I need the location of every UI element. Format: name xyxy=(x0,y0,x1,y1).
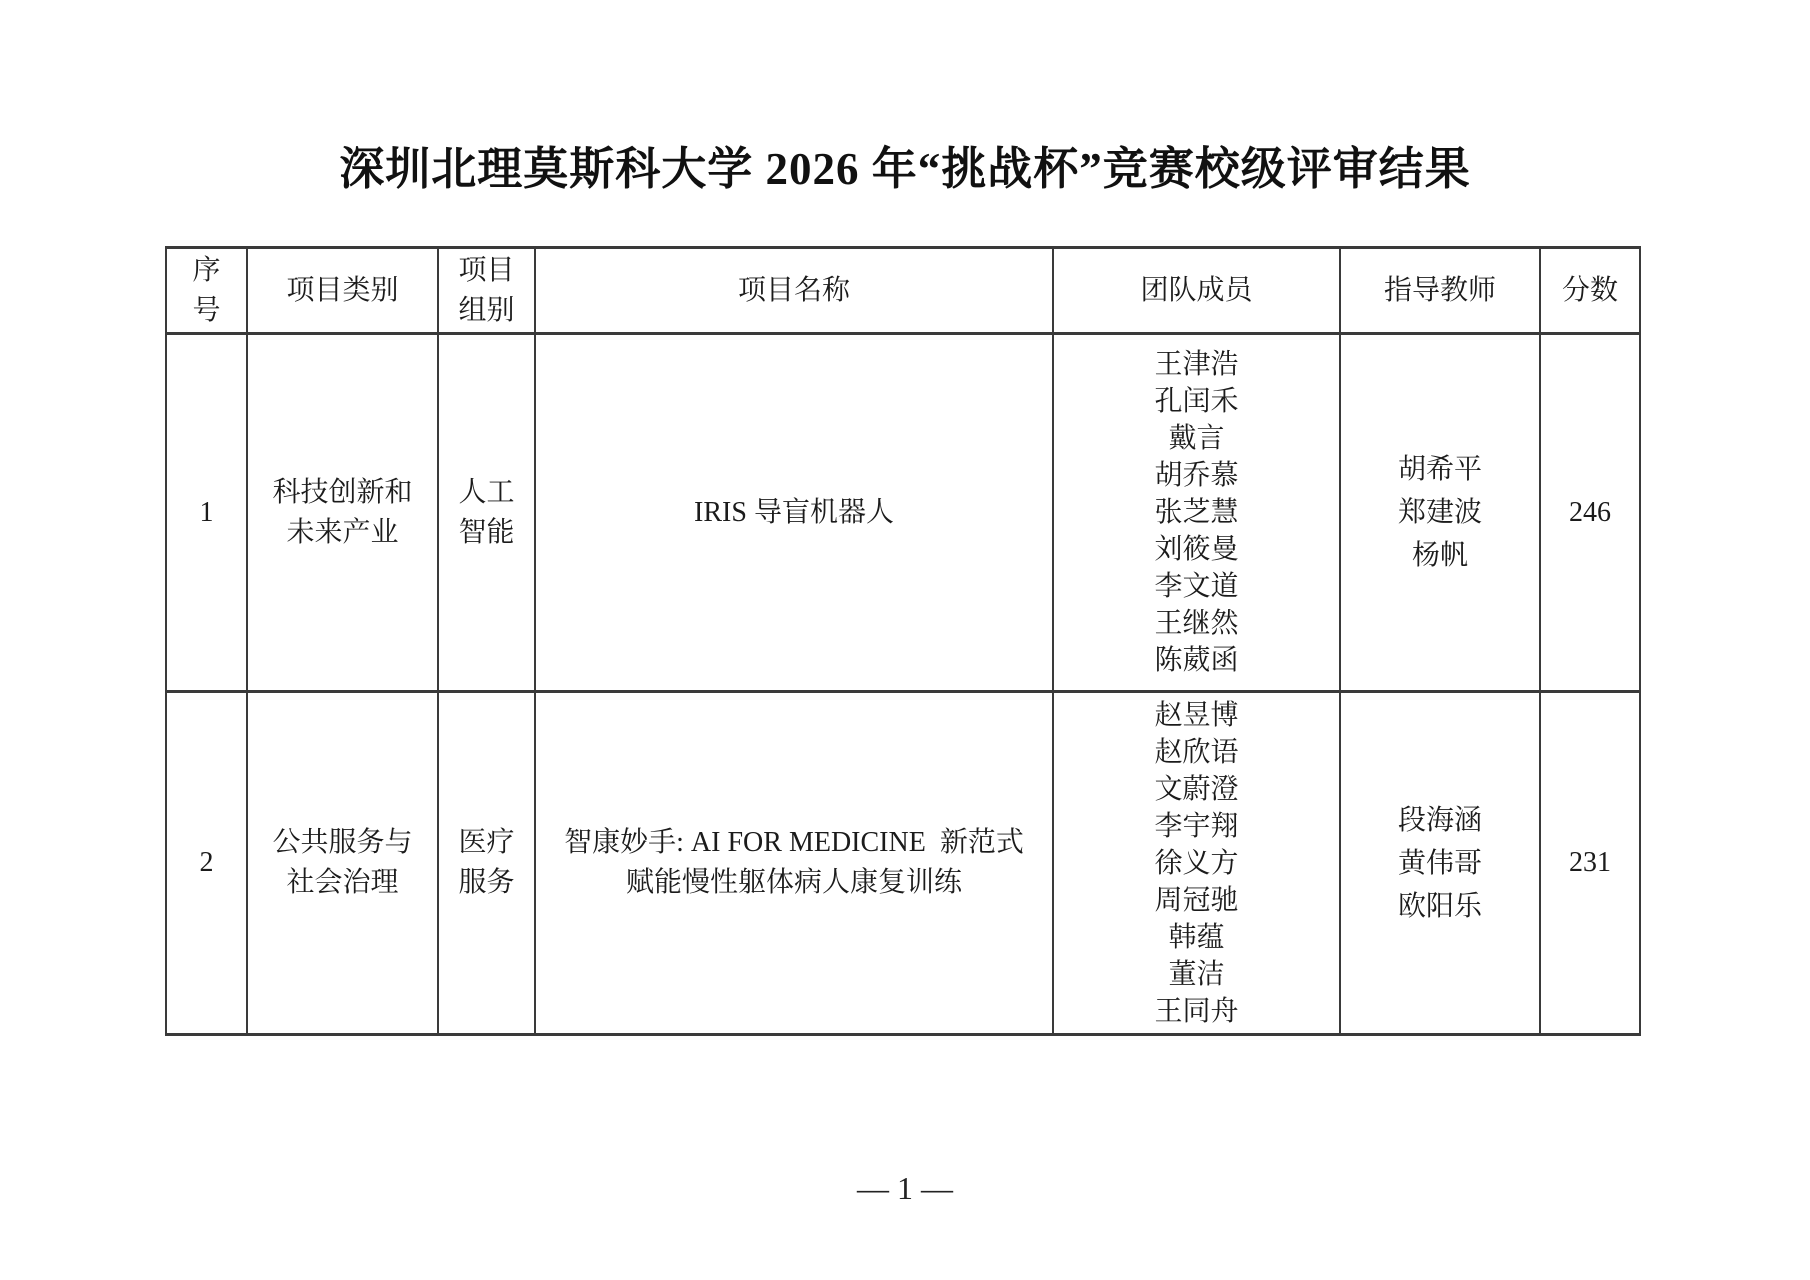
cell-category: 公共服务与社会治理 xyxy=(247,692,438,1035)
table-header-row: 序号 项目类别 项目组别 项目名称 团队成员 指导教师 分数 xyxy=(166,248,1640,334)
cell-no: 2 xyxy=(166,692,247,1035)
cell-project-name: IRIS 导盲机器人 xyxy=(535,334,1053,692)
results-table: 序号 项目类别 项目组别 项目名称 团队成员 指导教师 分数 1 科技创新和未来… xyxy=(165,246,1641,1036)
col-header-category: 项目类别 xyxy=(247,248,438,334)
cell-group: 医疗服务 xyxy=(438,692,535,1035)
cell-advisors: 段海涵黄伟哥欧阳乐 xyxy=(1340,692,1540,1035)
cell-no: 1 xyxy=(166,334,247,692)
cell-advisors: 胡希平郑建波杨帆 xyxy=(1340,334,1540,692)
table-row: 1 科技创新和未来产业 人工智能 IRIS 导盲机器人 王津浩孔闰禾戴言胡乔慕张… xyxy=(166,334,1640,692)
table-row: 2 公共服务与社会治理 医疗服务 智康妙手: AI FOR MEDICINE 新… xyxy=(166,692,1640,1035)
results-table-wrap: 序号 项目类别 项目组别 项目名称 团队成员 指导教师 分数 1 科技创新和未来… xyxy=(165,246,1641,1036)
cell-members: 赵昱博赵欣语文蔚澄李宇翔徐义方周冠驰韩蕴董洁王同舟 xyxy=(1053,692,1340,1035)
page-number: — 1 — xyxy=(0,1166,1810,1210)
col-header-score: 分数 xyxy=(1540,248,1640,334)
cell-score: 231 xyxy=(1540,692,1640,1035)
col-header-advisors: 指导教师 xyxy=(1340,248,1540,334)
cell-members: 王津浩孔闰禾戴言胡乔慕张芝慧刘筱曼李文道王继然陈葳函 xyxy=(1053,334,1340,692)
document-page: 深圳北理莫斯科大学 2026 年“挑战杯”竞赛校级评审结果 序号 项目类别 项目… xyxy=(0,0,1810,1280)
page-title: 深圳北理莫斯科大学 2026 年“挑战杯”竞赛校级评审结果 xyxy=(0,132,1810,197)
col-header-group: 项目组别 xyxy=(438,248,535,334)
cell-score: 246 xyxy=(1540,334,1640,692)
col-header-members: 团队成员 xyxy=(1053,248,1340,334)
cell-category: 科技创新和未来产业 xyxy=(247,334,438,692)
cell-group: 人工智能 xyxy=(438,334,535,692)
col-header-project-name: 项目名称 xyxy=(535,248,1053,334)
cell-project-name: 智康妙手: AI FOR MEDICINE 新范式赋能慢性躯体病人康复训练 xyxy=(535,692,1053,1035)
col-header-no: 序号 xyxy=(166,248,247,334)
